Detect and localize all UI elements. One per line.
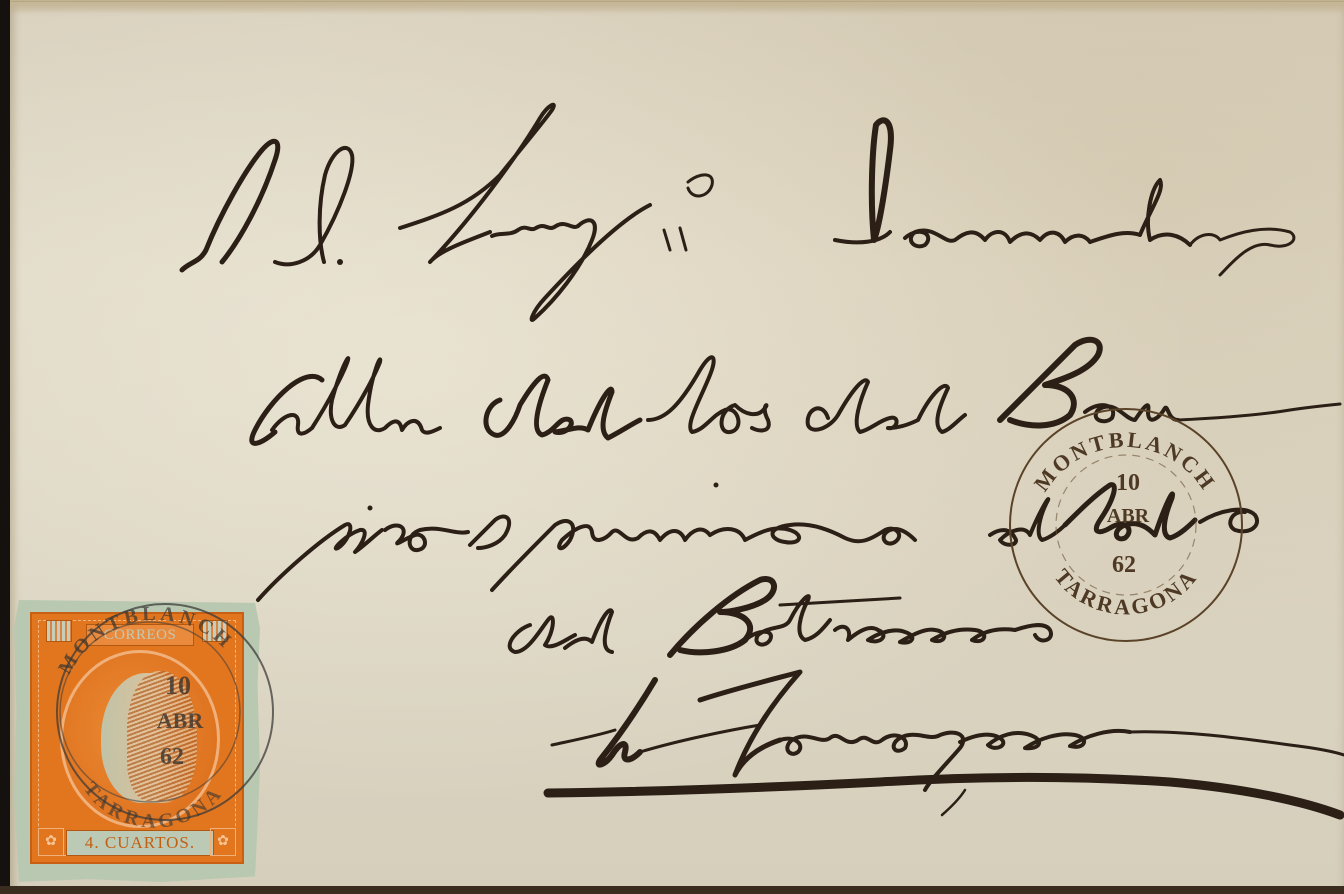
stamp-corner-ornament-left: ✿ <box>38 828 64 856</box>
address-line-1: S. D. Greg.io Domenech <box>182 105 1294 320</box>
address-line-5: en Tarragona <box>548 672 1344 815</box>
stamp-flag-right <box>202 620 228 642</box>
portrait-hair-shading <box>127 671 197 801</box>
stamp-corner-ornament-right: ✿ <box>210 828 236 856</box>
stamp-frame: CORREOS ✿ 4. CUARTOS. ✿ <box>30 612 244 864</box>
stamp-header: CORREOS <box>86 624 194 646</box>
stamp-value: 4. CUARTOS. <box>66 830 214 856</box>
stamp-portrait-oval <box>60 650 220 828</box>
postage-stamp: CORREOS ✿ 4. CUARTOS. ✿ <box>14 600 260 882</box>
address-line-4: del Boticario <box>510 579 1051 655</box>
stamp-flag-left <box>46 620 72 642</box>
address-line-2: Calle del Cos del Bou <box>252 340 1340 444</box>
